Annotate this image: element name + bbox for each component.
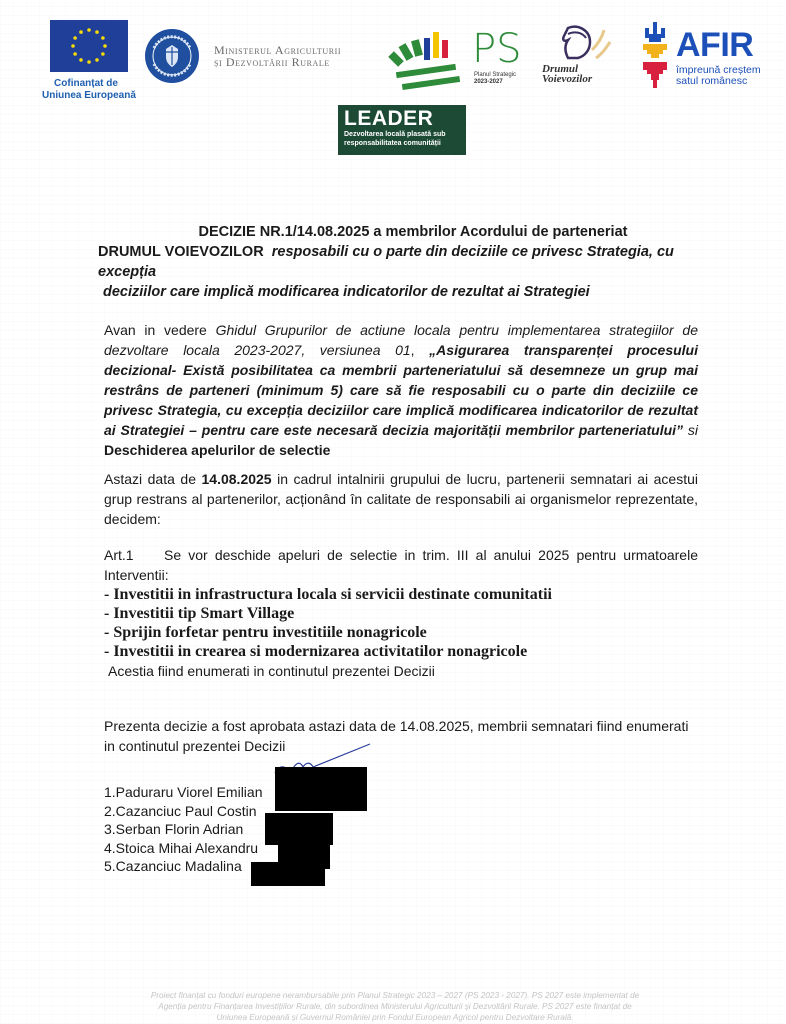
intervention-item: - Sprijin forfetar pentru investitiile n… [104, 623, 698, 642]
planul-strategic-logo: PS Planul Strategic 2023-2027 [388, 28, 528, 92]
romanian-government-seal-icon [144, 28, 200, 84]
signatory: 1.Paduraru Viorel Emilian [104, 783, 263, 802]
redacted-signature-2 [265, 813, 333, 845]
ps-emblem-icon [388, 28, 472, 92]
afir-logo: AFIR împreună creștem satul românesc [640, 22, 770, 94]
redacted-signature-1 [275, 767, 367, 811]
intervention-item: - Investitii in crearea si modernizarea … [104, 642, 698, 661]
funding-footer: Proiect finanțat cu fonduri europene ner… [90, 990, 700, 1023]
signatory: 3.Serban Florin Adrian [104, 820, 263, 839]
eu-flag-icon [50, 20, 128, 72]
article-1: Art.1Se vor deschide apeluri de selectie… [104, 545, 698, 681]
redacted-signature-4 [251, 862, 325, 886]
signatory: 2.Cazanciuc Paul Costin [104, 802, 263, 821]
interventions-list: - Investitii in infrastructura locala si… [104, 585, 698, 661]
knight-helmet-icon [538, 24, 618, 66]
signatory: 4.Stoica Mihai Alexandru [104, 839, 263, 858]
approval-paragraph: Prezenta decizie a fost aprobata astazi … [104, 716, 698, 756]
signatories-list: 1.Paduraru Viorel Emilian 2.Cazanciuc Pa… [104, 783, 263, 876]
preamble-paragraph: Avan in vedere Ghidul Grupurilor de acti… [104, 320, 698, 460]
afir-emblem-icon [640, 22, 670, 94]
eu-cofinancing-logo: Cofinanțat de Uniunea Europeană [48, 20, 130, 102]
drumul-voievozilor-logo: Drumul Voievozilor [538, 24, 618, 92]
meeting-paragraph: Astazi data de 14.08.2025 in cadrul inta… [104, 469, 698, 529]
ministry-name: Ministerul Agriculturii și Dezvoltării R… [214, 44, 341, 68]
eu-caption: Cofinanțat de Uniunea Europeană [42, 78, 130, 102]
decision-title: DECIZIE NR.1/14.08.2025 a membrilor Acor… [88, 222, 698, 302]
intervention-item: - Investitii tip Smart Village [104, 604, 698, 623]
leader-logo: LEADER Dezvoltarea locală plasată sub re… [338, 105, 466, 155]
signatory: 5.Cazanciuc Madalina [104, 857, 263, 876]
intervention-item: - Investitii in infrastructura locala si… [104, 585, 698, 604]
